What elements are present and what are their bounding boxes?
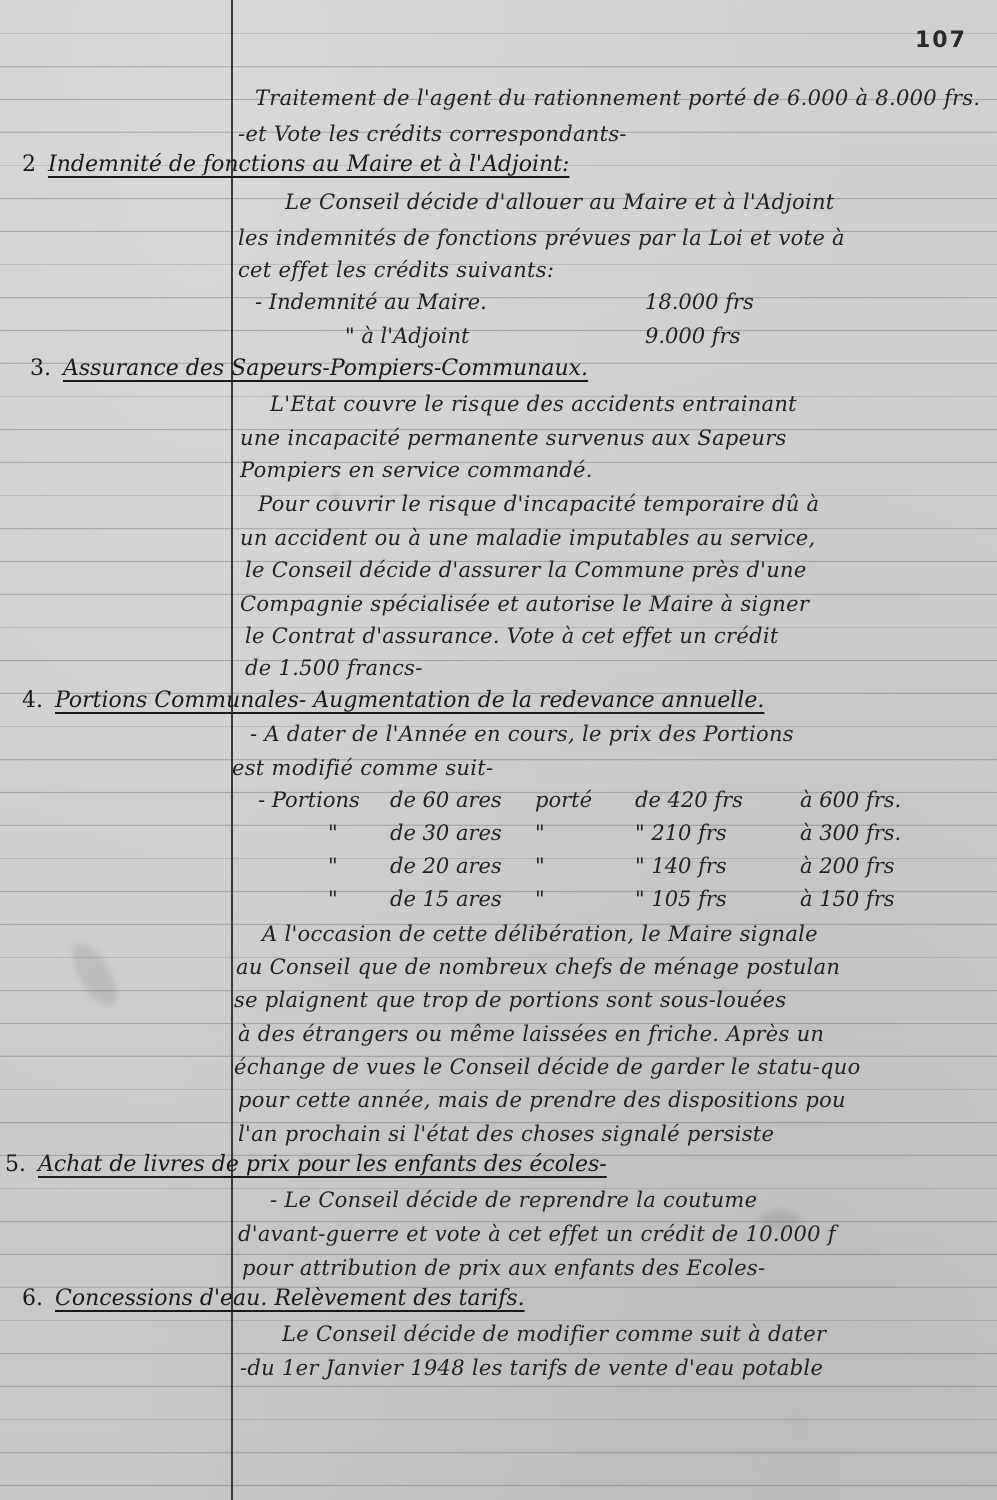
allowance-amount: 9.000 frs <box>645 324 740 348</box>
smudge <box>65 937 126 1013</box>
text-line: les indemnités de fonctions prévues par … <box>238 226 845 250</box>
portion-to: à 600 frs. <box>800 788 901 812</box>
portion-size: de 60 ares <box>390 788 502 812</box>
text-line: le Conseil décide d'assurer la Commune p… <box>245 558 807 582</box>
text-line: une incapacité permanente survenus aux S… <box>240 426 787 450</box>
portion-prefix: - Portions <box>258 788 360 812</box>
portion-price-row: "de 15 ares"" 105 frsà 150 frs <box>0 887 997 917</box>
section-title: Portions Communales- Augmentation de la … <box>55 688 764 713</box>
ledger-page: 107 Traitement de l'agent du rationnemen… <box>0 0 997 1500</box>
text-line: Pompiers en service commandé. <box>240 458 593 482</box>
section-heading-5: 5.Achat de livres de prix pour les enfan… <box>5 1152 607 1177</box>
section-number: 2 <box>22 152 36 177</box>
text-line: Compagnie spécialisée et autorise le Mai… <box>240 592 809 616</box>
text-line: échange de vues le Conseil décide de gar… <box>234 1055 861 1079</box>
portion-from: " 210 frs <box>635 821 727 845</box>
portion-from: " 140 frs <box>635 854 727 878</box>
text-line: Traitement de l'agent du rationnement po… <box>255 86 980 110</box>
portion-to: à 300 frs. <box>800 821 901 845</box>
section-heading-4: 4.Portions Communales- Augmentation de l… <box>22 688 764 713</box>
portion-price-row: "de 20 ares"" 140 frsà 200 frs <box>0 854 997 884</box>
section-number: 6. <box>22 1286 43 1311</box>
portion-verb: " <box>535 821 545 845</box>
section-heading-6: 6.Concessions d'eau. Relèvement des tari… <box>22 1286 525 1311</box>
text-line: l'an prochain si l'état des choses signa… <box>238 1122 774 1146</box>
portion-prefix: " <box>328 854 338 878</box>
section-title: Assurance des Sapeurs-Pompiers-Communaux… <box>63 356 588 381</box>
portion-size: de 30 ares <box>390 821 502 845</box>
section-number: 4. <box>22 688 43 713</box>
section-heading-2: 2Indemnité de fonctions au Maire et à l'… <box>22 152 569 177</box>
section-title: Concessions d'eau. Relèvement des tarifs… <box>55 1286 525 1311</box>
allowance-row: " à l'Adjoint 9.000 frs <box>345 324 955 354</box>
text-line: cet effet les crédits suivants: <box>238 258 554 282</box>
allowance-label: " à l'Adjoint <box>345 324 469 348</box>
portion-size: de 20 ares <box>390 854 502 878</box>
text-line: L'Etat couvre le risque des accidents en… <box>270 392 797 416</box>
section-title: Indemnité de fonctions au Maire et à l'A… <box>48 152 569 177</box>
text-line: au Conseil que de nombreux chefs de ména… <box>236 955 840 979</box>
allowance-amount: 18.000 frs <box>645 290 754 314</box>
text-line: est modifié comme suit- <box>232 756 493 780</box>
margin-line <box>231 0 233 1500</box>
text-line: pour cette année, mais de prendre des di… <box>238 1088 846 1112</box>
allowance-row: - Indemnité au Maire. 18.000 frs <box>255 290 955 320</box>
portion-from: " 105 frs <box>635 887 727 911</box>
portion-verb: porté <box>535 788 592 812</box>
portion-from: de 420 frs <box>635 788 743 812</box>
section-number: 5. <box>5 1152 26 1177</box>
portion-to: à 150 frs <box>800 887 895 911</box>
section-number: 3. <box>30 356 51 381</box>
portion-price-row: "de 30 ares"" 210 frsà 300 frs. <box>0 821 997 851</box>
text-line: à des étrangers ou même laissées en fric… <box>238 1022 824 1046</box>
text-line: A l'occasion de cette délibération, le M… <box>262 922 818 946</box>
portion-prefix: " <box>328 887 338 911</box>
text-line: Le Conseil décide d'allouer au Maire et … <box>285 190 835 214</box>
text-line: Le Conseil décide de modifier comme suit… <box>282 1322 826 1346</box>
text-line: -du 1er Janvier 1948 les tarifs de vente… <box>240 1356 823 1380</box>
section-heading-3: 3.Assurance des Sapeurs-Pompiers-Communa… <box>30 356 588 381</box>
text-line: - A dater de l'Année en cours, le prix d… <box>250 722 794 746</box>
text-line: Pour couvrir le risque d'incapacité temp… <box>258 492 819 516</box>
text-line: - Le Conseil décide de reprendre la cout… <box>270 1188 757 1212</box>
portion-verb: " <box>535 854 545 878</box>
text-line: pour attribution de prix aux enfants des… <box>242 1256 765 1280</box>
text-line: -et Vote les crédits correspondants- <box>238 122 627 146</box>
text-line: de 1.500 francs- <box>245 656 423 680</box>
portion-size: de 15 ares <box>390 887 502 911</box>
text-line: d'avant-guerre et vote à cet effet un cr… <box>238 1222 836 1246</box>
text-line: le Contrat d'assurance. Vote à cet effet… <box>245 624 779 648</box>
portion-price-row: - Portionsde 60 aresportéde 420 frsà 600… <box>0 788 997 818</box>
portion-to: à 200 frs <box>800 854 895 878</box>
text-line: un accident ou à une maladie imputables … <box>240 526 815 550</box>
text-line: se plaignent que trop de portions sont s… <box>234 988 786 1012</box>
page-number: 107 <box>915 28 967 53</box>
section-title: Achat de livres de prix pour les enfants… <box>38 1152 607 1177</box>
portion-prefix: " <box>328 821 338 845</box>
portion-verb: " <box>535 887 545 911</box>
allowance-label: - Indemnité au Maire. <box>255 290 487 314</box>
